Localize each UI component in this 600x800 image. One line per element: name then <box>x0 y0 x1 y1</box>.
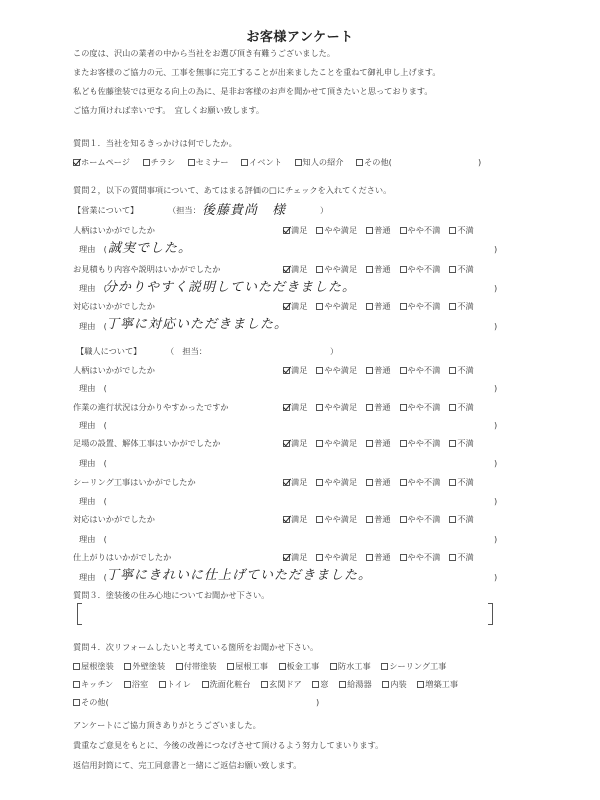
craft-q1-ratings: 満足やや満足普通やや不満不満 <box>283 365 474 376</box>
reason-close: ) <box>494 383 497 393</box>
q1-label: 質問１．当社を知るきっかけは何でしたか。 <box>73 138 237 149</box>
reform-option[interactable]: キッチン <box>73 679 113 690</box>
checkbox-icon[interactable] <box>143 159 150 166</box>
intro-line-1: この度は、沢山の業者の中から当社をお選び頂き有難うございました。 <box>73 48 335 59</box>
craftsmen-staff-close: ） <box>330 346 338 357</box>
checkbox-icon[interactable] <box>400 367 407 374</box>
reform-option[interactable]: 浴室 <box>124 679 148 690</box>
checkbox-icon[interactable] <box>356 159 363 166</box>
checkbox-icon[interactable] <box>339 681 346 688</box>
checkbox-icon[interactable] <box>449 303 456 310</box>
checkbox-icon[interactable] <box>366 227 373 234</box>
craft-q6-reason[interactable]: 丁寧にきれいに仕上げていただきました。 <box>106 564 372 583</box>
page-title: お客様アンケート <box>0 26 600 45</box>
checkbox-icon[interactable] <box>176 663 183 670</box>
rating-somewhat-dissatisfied[interactable]: やや不満 <box>400 477 441 488</box>
checkbox-icon[interactable] <box>366 266 373 273</box>
rating-satisfied[interactable]: 満足 <box>283 301 307 312</box>
reform-option[interactable]: 付帯塗装 <box>176 661 217 672</box>
q1-options: ホームページ チラシ セミナー イベント 知人の紹介 その他( <box>73 157 402 168</box>
intro-line-2: またお客様のご協力の元、工事を無事に完工することが出来ましたことを重ねて御礼申し… <box>73 67 441 78</box>
checkbox-icon[interactable] <box>124 681 131 688</box>
craft-q3-question: 足場の設置、解体工事はいかがでしたか <box>73 438 220 449</box>
checkbox-icon[interactable] <box>417 681 424 688</box>
rating-satisfied[interactable]: 満足 <box>283 552 307 563</box>
checkbox-icon[interactable] <box>316 479 323 486</box>
rating-neutral[interactable]: 普通 <box>366 552 390 563</box>
sales-q2-question: お見積もり内容や説明はいかがでしたか <box>73 264 220 275</box>
checkbox-icon[interactable] <box>73 663 80 670</box>
reform-option[interactable]: 増築工事 <box>417 679 458 690</box>
rating-somewhat-satisfied[interactable]: やや満足 <box>316 514 357 525</box>
q2-label: 質問２，以下の質問事項について、あてはまる評価の□にチェックを入れてください。 <box>73 185 391 196</box>
craft-q4-ratings: 満足やや満足普通やや不満不満 <box>283 477 474 488</box>
reform-option[interactable]: 給湯器 <box>339 679 372 690</box>
rating-neutral[interactable]: 普通 <box>366 225 390 236</box>
checkbox-icon[interactable] <box>449 266 456 273</box>
checkbox-icon[interactable] <box>366 554 373 561</box>
checkbox-icon[interactable] <box>295 159 302 166</box>
checkbox-icon[interactable] <box>400 479 407 486</box>
rating-somewhat-satisfied[interactable]: やや満足 <box>316 365 357 376</box>
rating-satisfied[interactable]: 満足 <box>283 365 307 376</box>
rating-satisfied[interactable]: 満足 <box>283 225 307 236</box>
checkbox-icon[interactable] <box>316 227 323 234</box>
checkbox-icon[interactable] <box>316 404 323 411</box>
rating-somewhat-dissatisfied[interactable]: やや不満 <box>400 514 441 525</box>
checkbox-icon[interactable] <box>449 227 456 234</box>
checkbox-icon[interactable] <box>366 303 373 310</box>
intro-line-4: ご協力頂ければ幸いです。 宜しくお願い致します。 <box>73 105 264 116</box>
checkbox-icon[interactable] <box>73 699 80 706</box>
checkbox-icon[interactable] <box>381 663 388 670</box>
craft-q3-ratings: 満足やや満足普通やや不満不満 <box>283 438 474 449</box>
reason-close: ) <box>494 321 497 331</box>
rating-somewhat-dissatisfied[interactable]: やや不満 <box>400 552 441 563</box>
craft-q2-question: 作業の進行状況は分かりやすかったですか <box>73 402 229 413</box>
rating-dissatisfied[interactable]: 不満 <box>449 477 473 488</box>
checkbox-icon[interactable] <box>449 516 456 523</box>
sales-q3-question: 対応はいかがでしたか <box>73 301 155 312</box>
sales-staff-label: （担当： <box>168 205 201 216</box>
intro-line-3: 私ども佐藤塗装では更なる向上の為に、是非お客様のお声を聞かせて頂きたいと思ってお… <box>73 86 433 97</box>
reform-option[interactable]: 洗面化粧台 <box>202 679 251 690</box>
checkbox-checked-icon[interactable] <box>283 440 290 447</box>
reform-option[interactable]: 防水工事 <box>330 661 371 672</box>
checkbox-icon[interactable] <box>400 227 407 234</box>
checkbox-icon[interactable] <box>316 554 323 561</box>
reform-option[interactable]: 屋根塗装 <box>73 661 114 672</box>
checkbox-icon[interactable] <box>400 303 407 310</box>
q4-label: 質問４．次リフォームしたいと考えている箇所をお聞かせ下さい。 <box>73 642 318 653</box>
reason-label: 理由 ( <box>79 420 107 431</box>
reason-close: ) <box>494 496 497 506</box>
reason-label: 理由 ( <box>79 321 107 332</box>
checkbox-icon[interactable] <box>279 663 286 670</box>
sales-q1-reason[interactable]: 誠実でした。 <box>108 237 192 256</box>
rating-somewhat-dissatisfied[interactable]: やや不満 <box>400 301 441 312</box>
reason-label: 理由 ( <box>79 283 107 294</box>
reason-label: 理由 ( <box>79 496 107 507</box>
survey-page: お客様アンケート この度は、沢山の業者の中から当社をお選び頂き有難うございました… <box>0 0 600 800</box>
rating-somewhat-dissatisfied[interactable]: やや不満 <box>400 365 441 376</box>
rating-dissatisfied[interactable]: 不満 <box>449 301 473 312</box>
closing-line-1: アンケートにご協力頂きありがとうございました。 <box>73 720 261 731</box>
checkbox-icon[interactable] <box>449 404 456 411</box>
craft-q5-question: 対応はいかがでしたか <box>73 514 155 525</box>
q4-row-1: 屋根塗装 外壁塗装 付帯塗装 屋根工事 板金工事 防水工事 シーリング工事 <box>73 661 454 672</box>
q4-other-close: ) <box>316 697 319 707</box>
checkbox-checked-icon[interactable] <box>283 516 290 523</box>
checkbox-icon[interactable] <box>124 663 131 670</box>
q3-answer-field[interactable] <box>84 605 484 623</box>
checkbox-icon[interactable] <box>400 554 407 561</box>
sales-q1-ratings: 満足やや満足普通やや不満不満 <box>283 225 474 236</box>
rating-dissatisfied[interactable]: 不満 <box>449 438 473 449</box>
craft-q6-question: 仕上がりはいかがでしたか <box>73 552 171 563</box>
q3-answer-bracket-left <box>77 603 82 625</box>
reason-label: 理由 ( <box>79 383 107 394</box>
rating-satisfied[interactable]: 満足 <box>283 402 307 413</box>
checkbox-icon[interactable] <box>366 516 373 523</box>
reform-option[interactable]: 内装 <box>382 679 406 690</box>
rating-somewhat-dissatisfied[interactable]: やや不満 <box>400 225 441 236</box>
q1-option-homepage[interactable]: ホームページ <box>73 157 130 168</box>
rating-neutral[interactable]: 普通 <box>366 264 390 275</box>
rating-satisfied[interactable]: 満足 <box>283 477 307 488</box>
rating-somewhat-satisfied[interactable]: やや満足 <box>316 477 357 488</box>
q4-other: その他( <box>73 697 117 708</box>
checkbox-icon[interactable] <box>73 681 80 688</box>
closing-line-3: 返信用封筒にて、完工同意書と一緒にご返信お願い致します。 <box>73 760 301 771</box>
rating-satisfied[interactable]: 満足 <box>283 438 307 449</box>
reform-option[interactable]: 屋根工事 <box>227 661 268 672</box>
checkbox-icon[interactable] <box>449 554 456 561</box>
checkbox-icon[interactable] <box>188 159 195 166</box>
reason-close: ) <box>494 420 497 430</box>
checkbox-icon[interactable] <box>227 663 234 670</box>
rating-somewhat-satisfied[interactable]: やや満足 <box>316 301 357 312</box>
reason-label: 理由 ( <box>79 244 107 255</box>
checkbox-checked-icon[interactable] <box>283 266 290 273</box>
checkbox-icon[interactable] <box>316 516 323 523</box>
reason-close: ) <box>494 458 497 468</box>
craft-q1-question: 人柄はいかがでしたか <box>73 365 155 376</box>
rating-dissatisfied[interactable]: 不満 <box>449 264 473 275</box>
rating-somewhat-satisfied[interactable]: やや満足 <box>316 438 357 449</box>
checkbox-checked-icon[interactable] <box>283 367 290 374</box>
checkbox-icon[interactable] <box>366 404 373 411</box>
q4-row-2: キッチン 浴室 トイレ 洗面化粧台 玄関ドア 窓 給湯器 内装 増築工事 <box>73 679 466 690</box>
checkbox-icon[interactable] <box>366 479 373 486</box>
checkbox-icon[interactable] <box>449 367 456 374</box>
rating-somewhat-satisfied[interactable]: やや満足 <box>316 552 357 563</box>
reform-option[interactable]: 外壁塗装 <box>124 661 165 672</box>
checkbox-icon[interactable] <box>241 159 248 166</box>
craftsmen-header: 【職人について】 <box>76 346 141 357</box>
checkbox-icon[interactable] <box>449 440 456 447</box>
checkbox-icon[interactable] <box>400 440 407 447</box>
checkbox-icon[interactable] <box>366 367 373 374</box>
checkbox-checked-icon[interactable] <box>283 303 290 310</box>
checkbox-icon[interactable] <box>400 404 407 411</box>
rating-somewhat-satisfied[interactable]: やや満足 <box>316 264 357 275</box>
reason-close: ) <box>494 534 497 544</box>
q3-label: 質問３．塗装後の住み心地についてお聞かせ下さい。 <box>73 590 269 601</box>
craft-q6-ratings: 満足やや満足普通やや不満不満 <box>283 552 474 563</box>
q1-option-referral[interactable]: 知人の紹介 <box>295 157 344 168</box>
checkbox-checked-icon[interactable] <box>283 404 290 411</box>
craft-q5-ratings: 満足やや満足普通やや不満不満 <box>283 514 474 525</box>
reform-option[interactable]: 玄関ドア <box>261 679 302 690</box>
rating-dissatisfied[interactable]: 不満 <box>449 402 473 413</box>
checkbox-icon[interactable] <box>382 681 389 688</box>
reason-close: ) <box>494 283 497 293</box>
sales-q1-question: 人柄はいかがでしたか <box>73 225 155 236</box>
rating-neutral[interactable]: 普通 <box>366 402 390 413</box>
checkbox-icon[interactable] <box>316 440 323 447</box>
checkbox-icon[interactable] <box>316 303 323 310</box>
sales-q2-reason[interactable]: 分かりやすく説明していただきました。 <box>104 276 356 295</box>
reason-close: ) <box>494 572 497 582</box>
closing-line-2: 貴重なご意見をもとに、今後の改善につなげさせて頂けるよう努力してまいります。 <box>73 740 383 751</box>
craftsmen-staff-label: （ 担当： <box>166 346 207 357</box>
rating-neutral[interactable]: 普通 <box>366 365 390 376</box>
rating-neutral[interactable]: 普通 <box>366 301 390 312</box>
q1-other-close: ) <box>478 157 481 167</box>
checkbox-icon[interactable] <box>316 266 323 273</box>
sales-staff-name[interactable]: 後藤貴尚 様 <box>202 199 286 218</box>
q1-option-other[interactable]: その他( <box>356 157 392 168</box>
rating-somewhat-satisfied[interactable]: やや満足 <box>316 225 357 236</box>
checkbox-icon[interactable] <box>159 681 166 688</box>
craft-q2-ratings: 満足やや満足普通やや不満不満 <box>283 402 474 413</box>
q1-option-seminar[interactable]: セミナー <box>188 157 229 168</box>
rating-dissatisfied[interactable]: 不満 <box>449 225 473 236</box>
rating-neutral[interactable]: 普通 <box>366 514 390 525</box>
checkbox-checked-icon[interactable] <box>283 479 290 486</box>
rating-dissatisfied[interactable]: 不満 <box>449 365 473 376</box>
checkbox-icon[interactable] <box>330 663 337 670</box>
reform-option[interactable]: 板金工事 <box>279 661 320 672</box>
sales-q3-reason[interactable]: 丁寧に対応いただきました。 <box>106 313 288 332</box>
reform-option[interactable]: トイレ <box>159 679 191 690</box>
checkbox-icon[interactable] <box>366 440 373 447</box>
rating-somewhat-dissatisfied[interactable]: やや不満 <box>400 402 441 413</box>
rating-neutral[interactable]: 普通 <box>366 438 390 449</box>
reform-option[interactable]: 窓 <box>312 679 328 690</box>
checkbox-icon[interactable] <box>202 681 209 688</box>
checkbox-checked-icon[interactable] <box>283 554 290 561</box>
reason-label: 理由 ( <box>79 534 107 545</box>
reform-option[interactable]: シーリング工事 <box>381 661 446 672</box>
rating-satisfied[interactable]: 満足 <box>283 514 307 525</box>
checkbox-checked-icon[interactable] <box>283 227 290 234</box>
rating-somewhat-dissatisfied[interactable]: やや不満 <box>400 264 441 275</box>
rating-somewhat-dissatisfied[interactable]: やや不満 <box>400 438 441 449</box>
checkbox-checked-icon[interactable] <box>73 159 80 166</box>
sales-q3-ratings: 満足やや満足普通やや不満不満 <box>283 301 474 312</box>
reason-label: 理由 ( <box>79 572 107 583</box>
checkbox-icon[interactable] <box>400 266 407 273</box>
q1-option-event[interactable]: イベント <box>241 157 282 168</box>
checkbox-icon[interactable] <box>400 516 407 523</box>
sales-header: 【営業について】 <box>73 205 138 216</box>
reason-label: 理由 ( <box>79 458 107 469</box>
reason-close: ) <box>494 244 497 254</box>
rating-neutral[interactable]: 普通 <box>366 477 390 488</box>
rating-satisfied[interactable]: 満足 <box>283 264 307 275</box>
checkbox-icon[interactable] <box>449 479 456 486</box>
checkbox-icon[interactable] <box>312 681 319 688</box>
rating-dissatisfied[interactable]: 不満 <box>449 552 473 563</box>
q1-option-flyer[interactable]: チラシ <box>143 157 176 168</box>
rating-dissatisfied[interactable]: 不満 <box>449 514 473 525</box>
q3-answer-bracket-right <box>488 603 493 625</box>
checkbox-icon[interactable] <box>316 367 323 374</box>
reform-option-other[interactable]: その他( <box>73 697 109 708</box>
checkbox-icon[interactable] <box>261 681 268 688</box>
rating-somewhat-satisfied[interactable]: やや満足 <box>316 402 357 413</box>
sales-staff-close: ） <box>320 205 328 216</box>
sales-q2-ratings: 満足やや満足普通やや不満不満 <box>283 264 474 275</box>
craft-q4-question: シーリング工事はいかがでしたか <box>73 477 196 488</box>
